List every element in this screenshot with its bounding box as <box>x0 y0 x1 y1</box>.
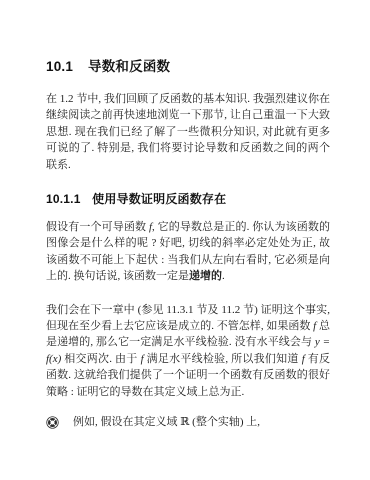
text-run: 我们会在下一章中 (参见 11.3.1 节及 11.2 节) 证明这个事实, 但… <box>46 304 330 332</box>
paragraph-increasing-function: 假设有一个可导函数 f, 它的导数总是正的. 你认为该函数的图像会是什么样的呢 … <box>46 219 330 285</box>
paragraph-intro: 在 1.2 节中, 我们回顾了反函数的基本知识. 我强烈建议你在继续阅读之前再快… <box>46 91 330 173</box>
subsection-heading: 10.1.1 使用导数证明反函数存在 <box>46 191 330 207</box>
text-run-bold: 递增的 <box>189 270 222 282</box>
text-run: 满足水平线检验, 所以我们知道 <box>144 353 302 365</box>
example-line: 例如, 假设在其定义域 ℝ (整个实轴) 上, <box>46 414 330 430</box>
document-page: 10.1 导数和反函数 在 1.2 节中, 我们回顾了反函数的基本知识. 我强烈… <box>0 0 370 480</box>
text-run: . <box>222 270 225 282</box>
subsection-number: 10.1.1 <box>46 191 81 207</box>
section-number: 10.1 <box>46 58 73 76</box>
paragraph-horizontal-line-test: 我们会在下一章中 (参见 11.3.1 节及 11.2 节) 证明这个事实, 但… <box>46 302 330 400</box>
subsection-title: 使用导数证明反函数存在 <box>92 192 226 206</box>
example-text: 例如, 假设在其定义域 ℝ (整个实轴) 上, <box>73 414 260 430</box>
text-run: 在 1.2 节中, 我们回顾了反函数的基本知识. 我强烈建议你在继续阅读之前再快… <box>46 93 330 171</box>
section-heading: 10.1 导数和反函数 <box>46 58 330 76</box>
text-run: 相交两次. 由于 <box>61 353 140 365</box>
text-run: (整个实轴) 上, <box>189 416 260 428</box>
text-run: 假设有一个可导函数 <box>46 221 149 233</box>
text-run: 例如, 假设在其定义域 <box>73 416 180 428</box>
section-title: 导数和反函数 <box>88 59 170 74</box>
lifebuoy-icon <box>46 416 59 429</box>
